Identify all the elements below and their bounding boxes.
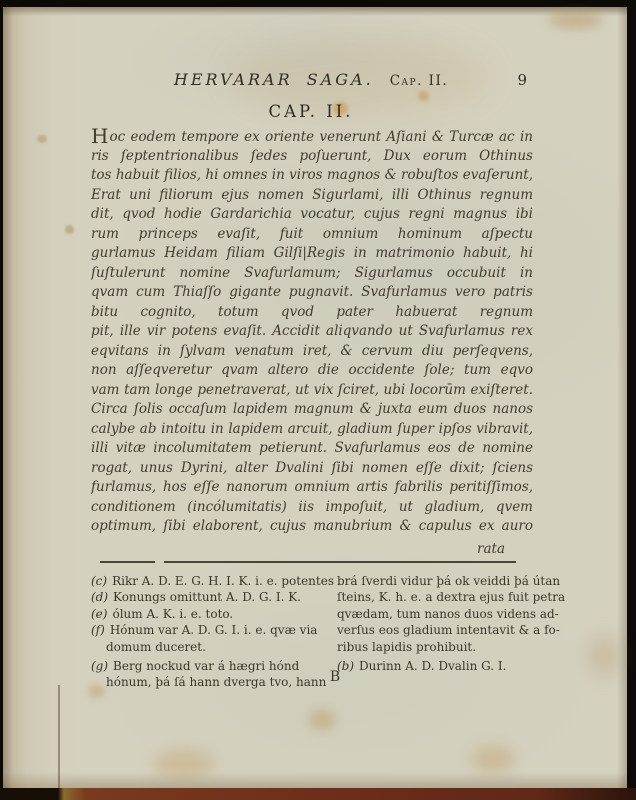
body-line: eqvitans in ſylvam venatum iret, & cervu…	[91, 342, 533, 362]
footnote-line: (c)Rikr A. D. E. G. H. I. K. i. e. poten…	[91, 573, 335, 589]
bottom-book-edge	[0, 788, 636, 800]
body-line: furlamus, hos eſſe nanorum omnium artis …	[91, 478, 533, 498]
footnotes-left-column: (c)Rikr A. D. E. G. H. I. K. i. e. poten…	[91, 573, 335, 691]
book-page: HERVARAR SAGA.Cap. II. 9 CAP. II. Hoc eo…	[3, 7, 627, 788]
body-line: gurlamus Heidam filiam Gilſi|Regis in ma…	[91, 244, 533, 264]
body-line: ris ſeptentrionalibus ſedes poſuerunt, D…	[91, 147, 533, 167]
stain	[588, 635, 620, 677]
stain	[65, 225, 74, 234]
body-line: qvam cum Thiaſſo gigante pugnavit. Svafu…	[91, 283, 533, 303]
body-text: Hoc eodem tempore ex oriente venerunt Aſ…	[91, 127, 533, 537]
page-number: 9	[517, 71, 527, 89]
body-line: dit, qvod hodie Gardarichia vocatur, cuj…	[91, 205, 533, 225]
footnotes-right-column: brá ſverdi vidur þá ok veiddi þá útan ſt…	[337, 573, 587, 674]
body-line: ſuſtulerunt nomine Svafurlamum; Sigurlam…	[91, 264, 533, 284]
footnote-line: (d)Konungs omittunt A. D. G. I. K.	[91, 589, 335, 605]
stain	[418, 91, 429, 101]
body-line: Hoc eodem tempore ex oriente venerunt Aſ…	[91, 127, 533, 147]
footnote-label: (f)	[91, 623, 105, 637]
catchword-row: rata	[91, 538, 533, 557]
page-header: HERVARAR SAGA.Cap. II. 9	[91, 70, 531, 92]
body-line: tos habuit filios, hi omnes in viros mag…	[91, 166, 533, 186]
body-line: conditionem (incólumitatis) iis impoſuit…	[91, 498, 533, 518]
saga-title: HERVARAR SAGA.	[174, 70, 374, 89]
stain	[308, 709, 336, 731]
footnote-line: (b)Durinn A. D. Dvalin G. I.	[337, 658, 587, 674]
footnote-line: hónum, þá ſá hann dverga tvo, hann	[91, 674, 335, 690]
footnote-line: verſus eos gladium intentavit & a fo-	[337, 622, 587, 638]
chapter-ref: Cap. II.	[390, 73, 448, 89]
footnote-label: (e)	[91, 607, 107, 621]
body-line: illi vitæ incolumitatem petierunt. Svafu…	[91, 439, 533, 459]
body-line: rum princeps evaſit, fuit omnium hominum…	[91, 225, 533, 245]
stain	[153, 749, 215, 779]
footnote-line: ribus lapidis prohibuit.	[337, 639, 587, 655]
footnote-line: ſteins, K. h. e. a dextra ejus fuit petr…	[337, 589, 587, 605]
page-edge-line	[58, 685, 60, 788]
body-line: rogat, unus Dyrini, alter Dvalini ſibi n…	[91, 459, 533, 479]
stain	[471, 745, 515, 773]
footnote-line: brá ſverdi vidur þá ok veiddi þá útan	[337, 573, 587, 589]
photo-background: { "header": { "title": "HERVARAR SAGA.",…	[0, 0, 636, 800]
footnote-line: qvædam, tum nanos duos videns ad-	[337, 606, 587, 622]
footnote-line: (e)ólum A. K. i. e. toto.	[91, 606, 335, 622]
body-line: Circa ſolis occaſum lapidem magnum & jux…	[91, 400, 533, 420]
body-line: Erat uni filiorum ejus nomen Sigurlami, …	[91, 186, 533, 206]
footnote-label: (d)	[91, 590, 108, 604]
stain	[548, 11, 603, 29]
body-line: optimum, ſibi elaborent, cujus manubrium…	[91, 517, 533, 537]
footnote-line: (f)Hónum var A. D. G. I. i. e. qvæ via	[91, 622, 335, 638]
footnote-label: (c)	[91, 574, 107, 588]
footnote-rule	[100, 561, 516, 563]
running-title: HERVARAR SAGA.Cap. II.	[91, 70, 531, 89]
stain	[37, 135, 47, 143]
signature-mark: B	[325, 669, 345, 685]
body-line: non aſſeqveretur qvam altero die occiden…	[91, 361, 533, 381]
drop-initial: H	[91, 127, 108, 147]
body-line: pit, ille vir potens evaſit. Accidit ali…	[91, 322, 533, 342]
body-line: bitu cognito, totum qvod pater habuerat …	[91, 303, 533, 323]
body-line: calybe ab intoitu in lapidem arcuit, gla…	[91, 420, 533, 440]
footnote-label: (g)	[91, 659, 108, 673]
body-line: vam tam longe penetraverat, ut vix ſcire…	[91, 381, 533, 401]
footnote-line: domum duceret.	[91, 639, 335, 655]
catchword: rata	[477, 541, 505, 557]
chapter-heading: CAP. II.	[91, 102, 531, 121]
footnote-line: (g)Berg nockud var á hægri hónd	[91, 658, 335, 674]
